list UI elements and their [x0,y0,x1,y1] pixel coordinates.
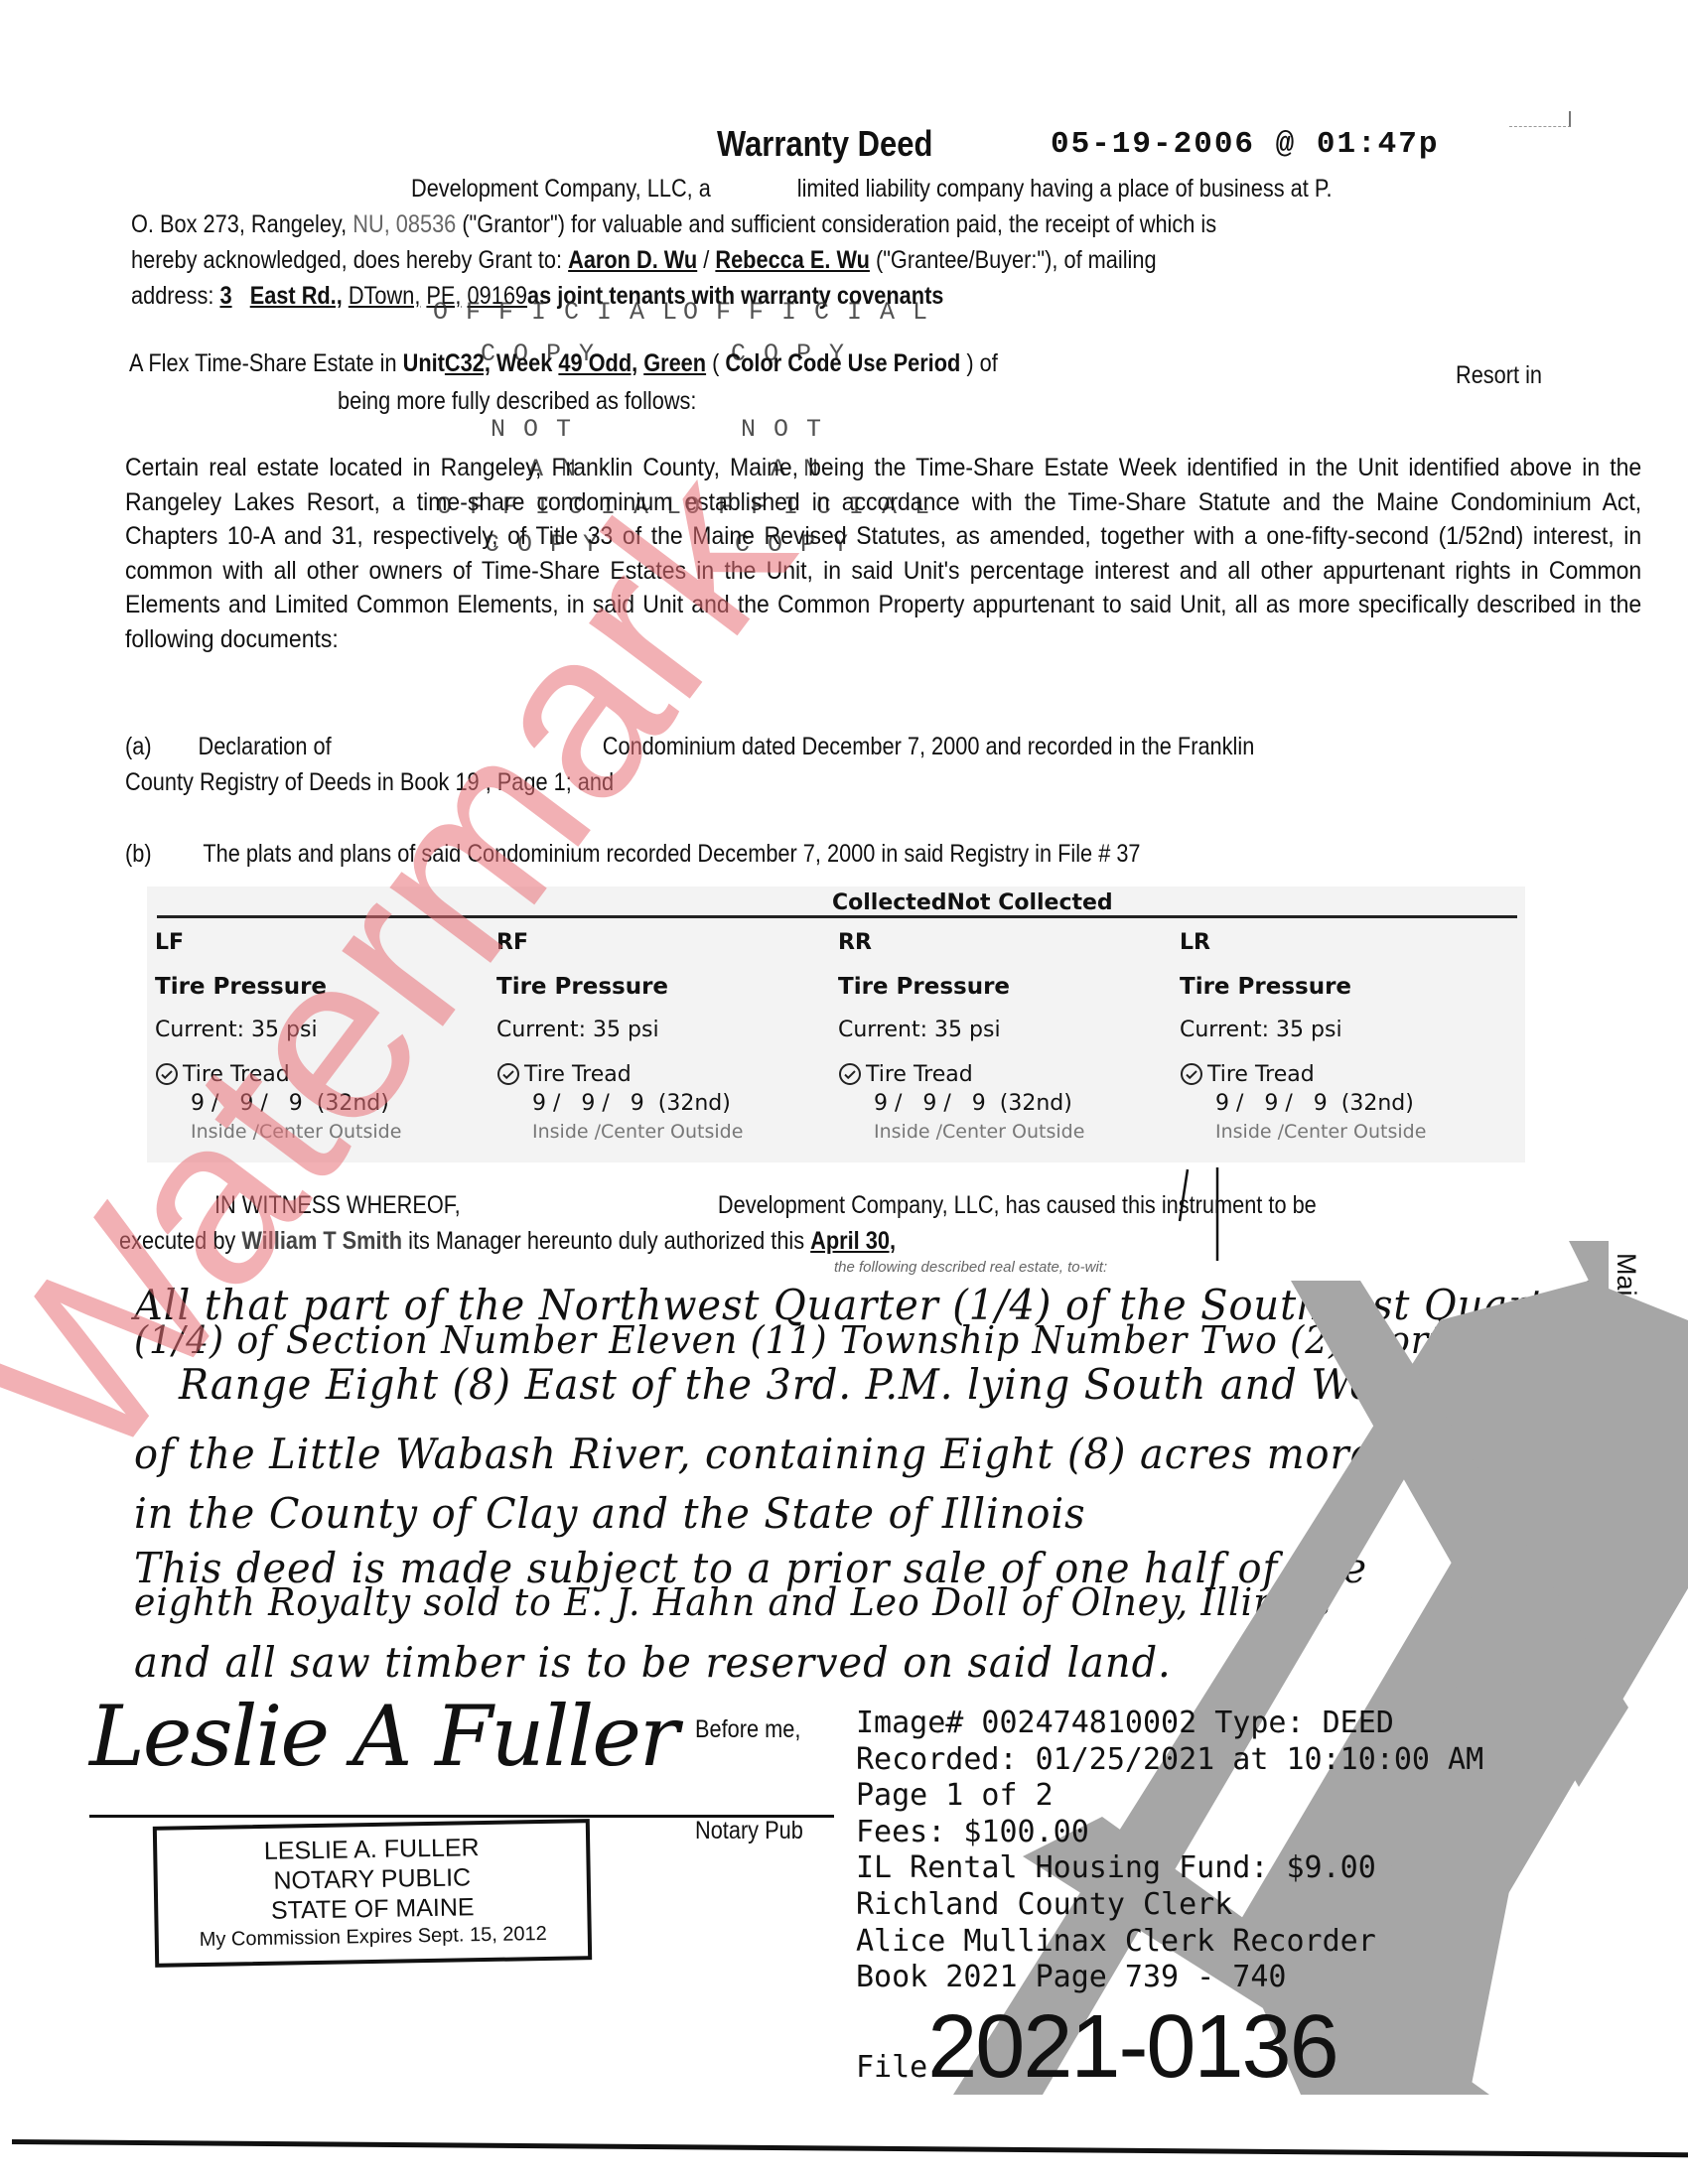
scan-corner-mark [1509,111,1571,127]
address-city: DTown, [349,282,421,310]
tire-position: RR [838,930,1176,974]
week-label: Week [496,349,552,377]
document-title: Warranty Deed [717,123,932,165]
faint-legal-line: the following described real estate, to-… [834,1259,1107,1276]
check-circle-icon [496,1062,520,1086]
grantee-separator: / [703,246,709,274]
executed-by-label: executed by [119,1227,235,1255]
tire-pressure-label: Tire Pressure [1180,974,1517,1018]
tax-stamp-line-2: Transfer Tax Paid [1579,1255,1610,1463]
tire-tread-row: Tire Tread [155,1057,492,1091]
tire-pressure-current: Current: 35 psi [155,1018,492,1057]
tire-tread-label: Tire Tread [866,1062,973,1087]
estate-line-2: being more fully described as follows: [338,387,696,416]
tire-inspection-panel: CollectedNot Collected LF Tire Pressure … [147,887,1525,1162]
address-label: address: [131,282,213,310]
bottom-border-line [12,2139,1688,2157]
tire-column-rr: RR Tire Pressure Current: 35 psi Tire Tr… [838,930,1176,1143]
unit-value: C32, [445,349,491,377]
check-circle-icon [1180,1062,1203,1086]
clerk-recorder-name: Alice Mullinax Clerk Recorder [856,1924,1483,1961]
handwritten-line-3: Range Eight (8) East of the 3rd. P.M. ly… [179,1360,1499,1409]
tread-values: 9 / 9 / 9 (32nd) [1180,1091,1517,1121]
tire-column-rf: RF Tire Pressure Current: 35 psi Tire Tr… [496,930,834,1143]
document-a-line-2: County Registry of Deeds in Book 19 , Pa… [125,768,614,797]
signer-name: William T Smith [241,1227,402,1255]
document-b-text: The plats and plans of said Condominium … [203,840,1140,868]
tire-tread-label: Tire Tread [183,1062,290,1087]
tire-column-lr: LR Tire Pressure Current: 35 psi Tire Tr… [1180,930,1517,1143]
handwritten-line-8: and all saw timber is to be reserved on … [134,1638,1455,1687]
handwritten-line-7: eighth Royalty sold to E. J. Hahn and Le… [134,1580,1455,1624]
handwritten-line-4: of the Little Wabash River, containing E… [134,1430,1455,1478]
document-a-line-1: (a) Declaration of Condominium dated Dec… [125,733,1254,761]
color-value: Green [643,349,706,377]
tire-position: RF [496,930,834,974]
grantor-address: O. Box 273, Rangeley, [131,210,347,238]
consideration-text: ("Grantor") for valuable and sufficient … [462,210,1216,238]
tire-tread-row: Tire Tread [1180,1057,1517,1091]
tire-position: LF [155,930,492,974]
witness-line-2: executed by William T Smith its Manager … [119,1227,896,1256]
witness-line-1: IN WITNESS WHEREOF, Development Company,… [214,1191,1317,1220]
transfer-tax-stamp: Maine Real Estate Transfer Tax Paid [1549,1253,1688,1531]
check-circle-icon [838,1062,862,1086]
overlay-official-1: OFFICIAL [433,298,695,327]
grant-line-2: O. Box 273, Rangeley, NU, 08536 ("Granto… [131,210,1216,239]
recorder-stamp: Image# 002474810002 Type: DEED Recorded:… [856,1706,1483,2092]
grantor-company: Development Company, LLC, a [411,175,711,203]
image-number: Image# 002474810002 Type: DEED [856,1706,1483,1742]
witness-heading: IN WITNESS WHEREOF, [214,1191,461,1219]
overlay-not-2: NOT [741,415,839,444]
collection-status-header: CollectedNot Collected [832,890,1113,915]
tire-pressure-label: Tire Pressure [838,974,1176,1018]
housing-fund-fee: IL Rental Housing Fund: $9.00 [856,1850,1483,1887]
signature-strokes [1172,1161,1251,1271]
tire-tread-row: Tire Tread [838,1057,1176,1091]
overlay-not-1: NOT [491,415,589,444]
notary-seal: LESLIE A. FULLER NOTARY PUBLIC STATE OF … [153,1819,592,1968]
notary-public-label: Notary Pub [695,1817,803,1845]
grantee-label: ("Grantee/Buyer:"), of mailing [876,246,1157,274]
address-street: East Rd., [250,282,343,310]
grantor-zip: NU, 08536 [352,210,456,238]
tread-values: 9 / 9 / 9 (32nd) [838,1091,1176,1121]
file-number: 2021-0136 [927,1997,1336,2097]
tire-pressure-current: Current: 35 psi [496,1018,834,1057]
tire-pressure-label: Tire Pressure [155,974,492,1018]
document-a-label: (a) [125,733,152,760]
use-period: Color Code Use Period [725,349,960,377]
paren-close: ) of [966,349,997,377]
check-circle-icon [155,1062,179,1086]
grantor-type: limited liability company having a place… [797,175,1333,203]
tire-position: LR [1180,930,1517,974]
document-b-label: (b) [125,840,152,868]
unit-label: Unit [403,349,445,377]
tire-column-lf: LF Tire Pressure Current: 35 psi Tire Tr… [155,930,492,1143]
document-b-line: (b) The plats and plans of said Condomin… [125,840,1141,869]
grantee-1: Aaron D. Wu [568,246,697,274]
grant-to-label: hereby acknowledged, does hereby Grant t… [131,246,562,274]
document-a-text: Condominium dated December 7, 2000 and r… [603,733,1255,760]
tread-values: 9 / 9 / 9 (32nd) [155,1091,492,1121]
tread-values: 9 / 9 / 9 (32nd) [496,1091,834,1121]
recorded-datetime: Recorded: 01/25/2021 at 10:10:00 AM [856,1742,1483,1779]
tire-tread-label: Tire Tread [1207,1062,1315,1087]
resort-in: Resort in [1456,361,1542,390]
estate-line-1: A Flex Time-Share Estate in UnitC32, Wee… [129,349,998,378]
paren-open: ( [712,349,719,377]
tread-value-labels: Inside /Center Outside [496,1121,834,1143]
document-a-title: Declaration of [198,733,331,760]
before-me-label: Before me, [695,1715,800,1744]
fees: Fees: $100.00 [856,1815,1483,1851]
county-clerk: Richland County Clerk [856,1887,1483,1924]
file-number-row: File2021-0136 [856,2002,1483,2092]
tax-stamp-line-1: Maine Real Estate [1611,1253,1641,1472]
week-value: 49 Odd, [558,349,637,377]
tire-pressure-current: Current: 35 psi [1180,1018,1517,1057]
grantee-2: Rebecca E. Wu [715,246,870,274]
description-paragraph: Certain real estate located in Rangeley,… [125,451,1641,656]
address-number: 3 [219,282,231,310]
handwritten-line-5: in the County of Clay and the State of I… [134,1489,1455,1538]
fax-timestamp: 05-19-2006 @ 01:47p [1051,127,1439,162]
header-divider [157,915,1517,918]
file-label: File [856,2050,927,2085]
tire-tread-row: Tire Tread [496,1057,834,1091]
tire-tread-label: Tire Tread [524,1062,632,1087]
book-page: Book 2021 Page 739 - 740 [856,1960,1483,1996]
overlay-official-2: OFFICIAL [683,298,945,327]
handwritten-line-2: (1/4) of Section Number Eleven (11) Town… [134,1318,1455,1362]
tread-value-labels: Inside /Center Outside [1180,1121,1517,1143]
notary-signature: Leslie A Fuller [89,1688,677,1785]
estate-prefix: A Flex Time-Share Estate in [129,349,397,377]
grant-line-1: Development Company, LLC, a limited liab… [411,175,1333,204]
tire-pressure-current: Current: 35 psi [838,1018,1176,1057]
tread-value-labels: Inside /Center Outside [155,1121,492,1143]
page-count: Page 1 of 2 [856,1778,1483,1815]
tread-value-labels: Inside /Center Outside [838,1121,1176,1143]
execution-date: April 30, [810,1227,896,1255]
grant-line-3: hereby acknowledged, does hereby Grant t… [131,246,1157,275]
authorization-text: its Manager hereunto duly authorized thi… [408,1227,804,1255]
tire-pressure-label: Tire Pressure [496,974,834,1018]
